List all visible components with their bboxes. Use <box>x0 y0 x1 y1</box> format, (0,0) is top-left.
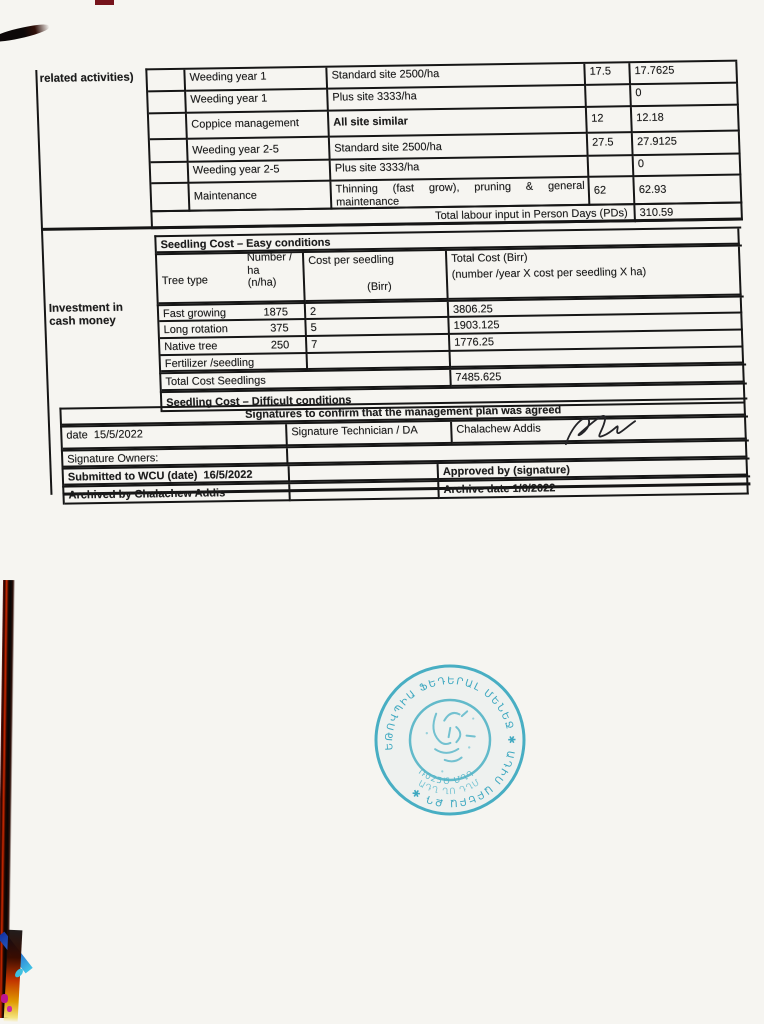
tree-number: 375 <box>270 322 289 335</box>
labour-activity: Weeding year 1 <box>185 68 328 92</box>
labour-total-value: 310.59 <box>635 204 743 223</box>
signature-technician: Signature Technician / DA <box>287 422 453 446</box>
tree-name: Native tree <box>164 340 218 354</box>
labour-cell-blank <box>151 163 190 185</box>
seedling-row-tree: Long rotation 375 <box>159 320 307 339</box>
seedling-col-total-line1: Total Cost (Birr) <box>451 249 735 266</box>
tree-cost: 5 <box>306 318 450 337</box>
tree-number: 1875 <box>263 306 288 318</box>
labour-pd: 17.5 <box>585 63 631 86</box>
technician-signature-scribble <box>559 405 651 452</box>
seedling-col-cost: Cost per seedling (Birr) <box>304 251 449 302</box>
archived-blank <box>290 482 440 501</box>
tree-name: Long rotation <box>163 323 228 337</box>
outer-table-left-border <box>35 70 54 495</box>
labour-activity: Coppice management <box>187 112 330 140</box>
labour-table: Weeding year 1 Standard site 2500/ha 17.… <box>145 60 742 213</box>
seedling-row-fertilizer: Fertilizer /seedling <box>161 354 309 372</box>
signature-date: date 15/5/2022 <box>62 424 288 449</box>
scan-artifact-left-streak <box>0 580 15 1018</box>
scan-artifact-magenta-spot <box>7 1006 12 1012</box>
seedling-col-total: Total Cost (Birr) (number /year X cost p… <box>447 247 742 300</box>
labour-site: All site similar <box>329 108 588 138</box>
archive-date: Archive date 1/6/2022 <box>439 477 749 499</box>
labour-total-label: Total labour input in Person Days (PDs) <box>152 205 636 229</box>
labour-total: 0 <box>631 84 739 108</box>
official-stamp: ԵԹՈՎՊԻԱ ՖԵԴԵՐԱԼ ՄԵՆԵՋ ✱ ԱԴԻՍ ԱԲԵԲԱ ՔԴ ✱ … <box>357 647 542 832</box>
labour-total: 17.7625 <box>630 62 738 86</box>
labour-cell-blank <box>148 92 187 115</box>
labour-activity: Weeding year 1 <box>186 90 329 114</box>
document-sheet: related activities) Investment in cash m… <box>35 52 751 502</box>
labour-cell-blank <box>149 114 188 141</box>
scanned-page: related activities) Investment in cash m… <box>0 0 764 1024</box>
labour-total: 0 <box>634 155 742 178</box>
tree-cost <box>308 352 452 370</box>
signature-table: Signatures to confirm that the managemen… <box>59 397 750 504</box>
seedling-table: Seedling Cost – Easy conditions Tree typ… <box>154 227 747 413</box>
label-investment: Investment in cash money <box>49 302 124 330</box>
tree-name: Fast growing <box>163 307 226 320</box>
label-investment-line1: Investment in <box>49 302 124 316</box>
scan-artifact-blue-band <box>0 932 33 974</box>
seedling-col-cost-line2: (Birr) <box>309 280 443 295</box>
labour-pd: 12 <box>587 107 633 134</box>
labour-activity: Weeding year 2-5 <box>188 138 331 163</box>
scan-artifact-top-tick <box>95 0 114 5</box>
labour-pd <box>586 85 632 108</box>
seedling-row-tree: Native tree 250 <box>160 337 308 356</box>
scan-artifact-top-streak <box>0 22 50 45</box>
labour-pd: 62 <box>589 177 635 206</box>
tree-number: 250 <box>271 339 290 352</box>
labour-cell-blank <box>150 140 189 164</box>
seedling-col-cost-line1: Cost per seedling <box>308 253 442 268</box>
labour-total: 27.9125 <box>633 132 741 157</box>
labour-total: 62.93 <box>634 176 742 206</box>
seedling-col-number-label: Number / ha (n/ha) <box>247 253 294 290</box>
submitted-blank <box>290 464 440 482</box>
signature-owners-label: Signature Owners: <box>63 448 289 467</box>
tree-cost: 7 <box>307 335 451 354</box>
label-related-activities: related activities) <box>39 72 133 87</box>
label-investment-line2: cash money <box>49 315 124 329</box>
scan-artifact-magenta-spot <box>1 994 8 1003</box>
scan-artifact-corner-streak <box>4 930 23 1023</box>
labour-cell-blank <box>147 70 186 93</box>
seedling-col-total-line2: (number /year X cost per seedling X ha) <box>452 264 736 281</box>
labour-pd <box>589 156 635 178</box>
scan-artifact-cyan-spot <box>13 967 24 979</box>
labour-cell-blank <box>151 184 190 213</box>
seedling-col-treetype: Tree type Number / ha (n/ha) <box>157 253 306 304</box>
submitted-to-wcu: Submitted to WCU (date) 16/5/2022 <box>64 466 291 485</box>
labour-pd: 27.5 <box>588 133 634 157</box>
archived-by: Archived by Chalachew Addis <box>64 484 291 504</box>
labour-activity: Weeding year 2-5 <box>189 161 332 184</box>
seedling-col-treetype-label: Tree type <box>162 275 209 288</box>
labour-total: 12.18 <box>632 106 740 134</box>
